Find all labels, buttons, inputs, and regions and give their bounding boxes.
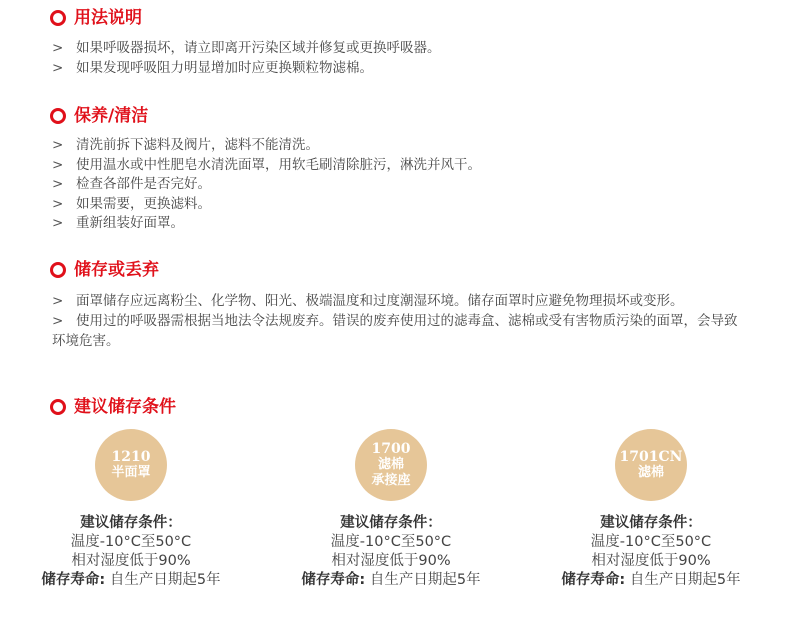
humidity-limit: 相对湿度低于90% xyxy=(11,552,251,571)
section-title-usage: 用法说明 xyxy=(50,7,142,29)
product-name: 半面罩 xyxy=(111,465,150,481)
storage-info: 建议储存条件： 温度-10°C至50°C 相对湿度低于90% 储存寿命: 自生产… xyxy=(11,514,251,590)
list-item: >使用温水或中性肥皂水清洗面罩，用软毛刷清除脏污，淋洗并风干。 xyxy=(52,156,481,176)
section-title-storage-disposal: 储存或丢弃 xyxy=(50,259,159,281)
list-item: >如果发现呼吸阻力明显增加时应更换颗粒物滤棉。 xyxy=(52,59,441,79)
circle-bullet-icon xyxy=(50,10,66,26)
chevron-right-icon: > xyxy=(52,39,76,59)
circle-bullet-icon xyxy=(50,108,66,124)
shelf-life: 储存寿命: 自生产日期起5年 xyxy=(11,571,251,590)
product-badge: 1700 滤棉 承接座 xyxy=(355,429,427,501)
temperature-range: 温度-10°C至50°C xyxy=(531,533,771,552)
product-card-1701cn: 1701CN 滤棉 建议储存条件： 温度-10°C至50°C 相对湿度低于90%… xyxy=(531,429,771,590)
chevron-right-icon: > xyxy=(52,214,76,234)
storage-info: 建议储存条件： 温度-10°C至50°C 相对湿度低于90% 储存寿命: 自生产… xyxy=(271,514,511,590)
chevron-right-icon: > xyxy=(52,175,76,195)
chevron-right-icon: > xyxy=(52,59,76,79)
product-badge: 1701CN 滤棉 xyxy=(615,429,687,501)
list-item: >面罩储存应远离粉尘、化学物、阳光、极端温度和过度潮湿环境。储存面罩时应避免物理… xyxy=(52,291,742,311)
chevron-right-icon: > xyxy=(52,195,76,215)
section-title-storage-conditions: 建议储存条件 xyxy=(50,396,176,418)
conditions-label: 建议储存条件： xyxy=(531,514,771,533)
section-title-text: 保养/清洁 xyxy=(74,105,148,127)
product-name: 滤棉 xyxy=(378,457,404,473)
storage-list: >面罩储存应远离粉尘、化学物、阳光、极端温度和过度潮湿环境。储存面罩时应避免物理… xyxy=(52,291,742,351)
storage-info: 建议储存条件： 温度-10°C至50°C 相对湿度低于90% 储存寿命: 自生产… xyxy=(531,514,771,590)
maintenance-list: >清洗前拆下滤料及阀片，滤料不能清洗。 >使用温水或中性肥皂水清洗面罩，用软毛刷… xyxy=(52,136,481,234)
list-item: >清洗前拆下滤料及阀片，滤料不能清洗。 xyxy=(52,136,481,156)
chevron-right-icon: > xyxy=(52,156,76,176)
circle-bullet-icon xyxy=(50,262,66,278)
section-title-maintenance: 保养/清洁 xyxy=(50,105,148,127)
product-code: 1700 xyxy=(372,441,411,457)
chevron-right-icon: > xyxy=(52,311,76,331)
usage-list: >如果呼吸器损坏，请立即离开污染区域并修复或更换呼吸器。 >如果发现呼吸阻力明显… xyxy=(52,39,441,78)
product-name: 滤棉 xyxy=(638,465,664,481)
circle-bullet-icon xyxy=(50,399,66,415)
product-code: 1210 xyxy=(112,449,151,465)
shelf-life: 储存寿命: 自生产日期起5年 xyxy=(531,571,771,590)
product-badge: 1210 半面罩 xyxy=(95,429,167,501)
temperature-range: 温度-10°C至50°C xyxy=(11,533,251,552)
section-title-text: 建议储存条件 xyxy=(74,396,176,418)
chevron-right-icon: > xyxy=(52,136,76,156)
shelf-life: 储存寿命: 自生产日期起5年 xyxy=(271,571,511,590)
section-title-text: 用法说明 xyxy=(74,7,142,29)
list-item: >如果呼吸器损坏，请立即离开污染区域并修复或更换呼吸器。 xyxy=(52,39,441,59)
humidity-limit: 相对湿度低于90% xyxy=(531,552,771,571)
chevron-right-icon: > xyxy=(52,291,76,311)
list-item: >重新组装好面罩。 xyxy=(52,214,481,234)
product-code: 1701CN xyxy=(620,449,683,465)
humidity-limit: 相对湿度低于90% xyxy=(271,552,511,571)
section-title-text: 储存或丢弃 xyxy=(74,259,159,281)
conditions-label: 建议储存条件： xyxy=(11,514,251,533)
product-card-1210: 1210 半面罩 建议储存条件： 温度-10°C至50°C 相对湿度低于90% … xyxy=(11,429,251,590)
product-card-1700: 1700 滤棉 承接座 建议储存条件： 温度-10°C至50°C 相对湿度低于9… xyxy=(271,429,511,590)
list-item: >如果需要，更换滤料。 xyxy=(52,195,481,215)
product-name: 承接座 xyxy=(371,473,410,489)
conditions-label: 建议储存条件： xyxy=(271,514,511,533)
list-item: >使用过的呼吸器需根据当地法令法规废弃。错误的废弃使用过的滤毒盒、滤棉或受有害物… xyxy=(52,311,742,351)
list-item: >检查各部件是否完好。 xyxy=(52,175,481,195)
temperature-range: 温度-10°C至50°C xyxy=(271,533,511,552)
